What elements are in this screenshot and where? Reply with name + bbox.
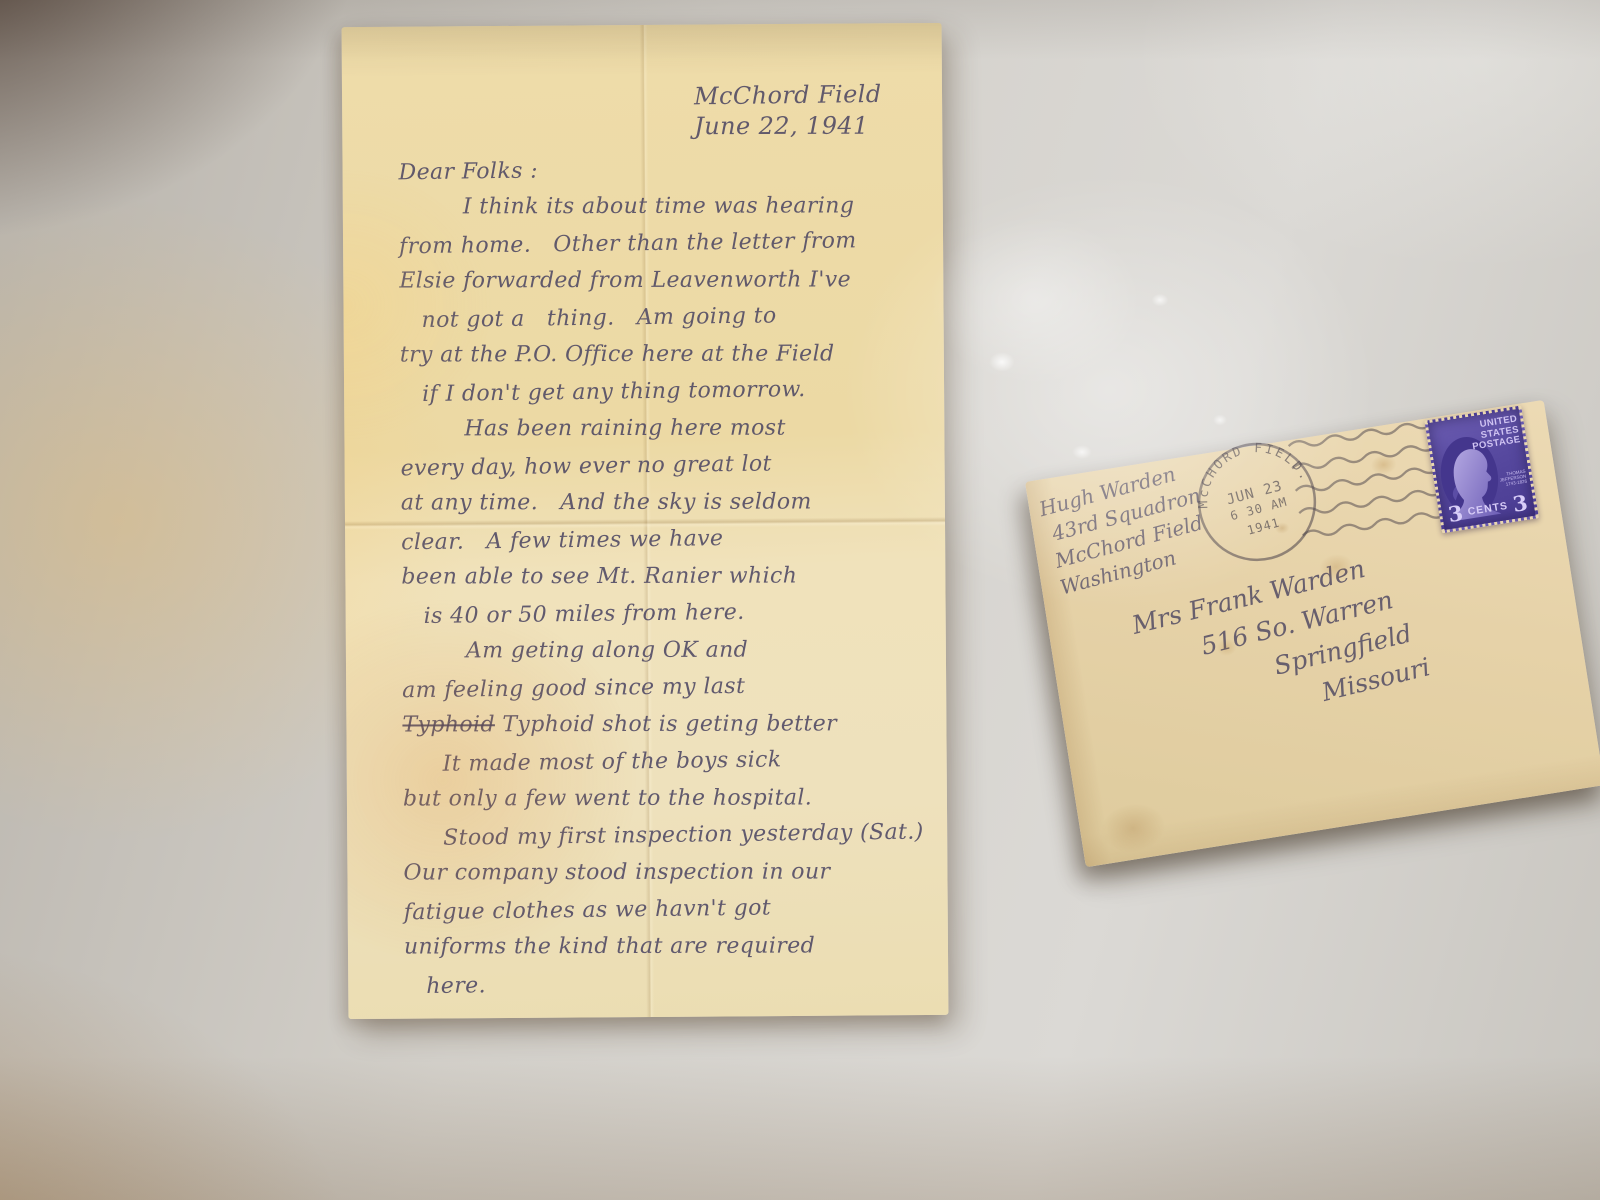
letter-line: every day, how ever no great lot [400, 443, 928, 487]
ink-text: Typhoid shot is geting better [495, 711, 837, 737]
letter-line: clear. A few times we have [401, 517, 929, 561]
handwritten-letter: McChord FieldJune 22, 1941 Dear Folks :I… [342, 23, 949, 1019]
letter-line: Elsie forwarded from Leavenworth I've [399, 261, 927, 299]
letter-line: Our company stood inspection in our [403, 853, 931, 891]
letter-line: is 40 or 50 miles from here. [401, 591, 929, 635]
letter-line: Has been raining here most [400, 409, 928, 447]
letter-line: I think its about time was hearing [399, 187, 927, 225]
letter-line: not got a thing. Am going to [399, 295, 927, 339]
letter-line: fatigue clothes as we havn't got [403, 887, 931, 931]
letter-line: but only a few went to the hospital. [403, 779, 931, 817]
letter-line: It made most of the boys sick [402, 739, 930, 783]
letter-line: Am geting along OK and [402, 631, 930, 669]
letter-heading-line: June 22, 1941 [694, 111, 926, 143]
table-surface: McChord FieldJune 22, 1941 Dear Folks :I… [0, 0, 1600, 1200]
letter-heading: McChord FieldJune 22, 1941 [694, 79, 926, 143]
cancellation-waves [1287, 414, 1450, 553]
letter-text: McChord FieldJune 22, 1941 Dear Folks :I… [342, 23, 949, 1019]
stamp-side-text: THOMAS JEFFERSON 1743-1826 [1499, 469, 1528, 488]
stamp-value-right: 3 [1511, 490, 1529, 517]
postage-stamp: UNITED STATES POSTAGE THOMAS JEFFERSON 1… [1424, 405, 1539, 533]
recipient-address: Mrs Frank Warden516 So. WarrenSpringfiel… [1128, 541, 1434, 752]
letter-line: Dear Folks : [398, 147, 926, 191]
struck-word: Typhoid [402, 712, 495, 737]
letter-line: Stood my first inspection yesterday (Sat… [403, 813, 931, 857]
letter-line: uniforms the kind that are required [404, 927, 932, 965]
letter-line: Typhoid Typhoid shot is geting better [402, 705, 930, 743]
letter-line: from home. Other than the letter from [399, 221, 927, 265]
stamp-value-word: CENTS [1467, 499, 1509, 517]
letter-line: am feeling good since my last [402, 665, 930, 709]
postmark-year: 1941 [1246, 515, 1282, 537]
letter-line: at any time. And the sky is seldom [401, 483, 929, 521]
letter-line: here. [404, 961, 932, 1005]
letter-body: Dear Folks :I think its about time was h… [398, 149, 932, 1004]
letter-line: been able to see Mt. Ranier which [401, 557, 929, 595]
letter-line: if I don't get any thing tomorrow. [400, 369, 928, 413]
letter-line: try at the P.O. Office here at the Field [400, 335, 928, 373]
stamp-value-left: 3 [1446, 500, 1464, 527]
stamp-country-text: UNITED STATES POSTAGE [1469, 414, 1522, 453]
envelope: Hugh Warden43rd SquadronMcChord FieldWas… [1025, 400, 1600, 867]
letter-heading-line: McChord Field [694, 78, 926, 112]
